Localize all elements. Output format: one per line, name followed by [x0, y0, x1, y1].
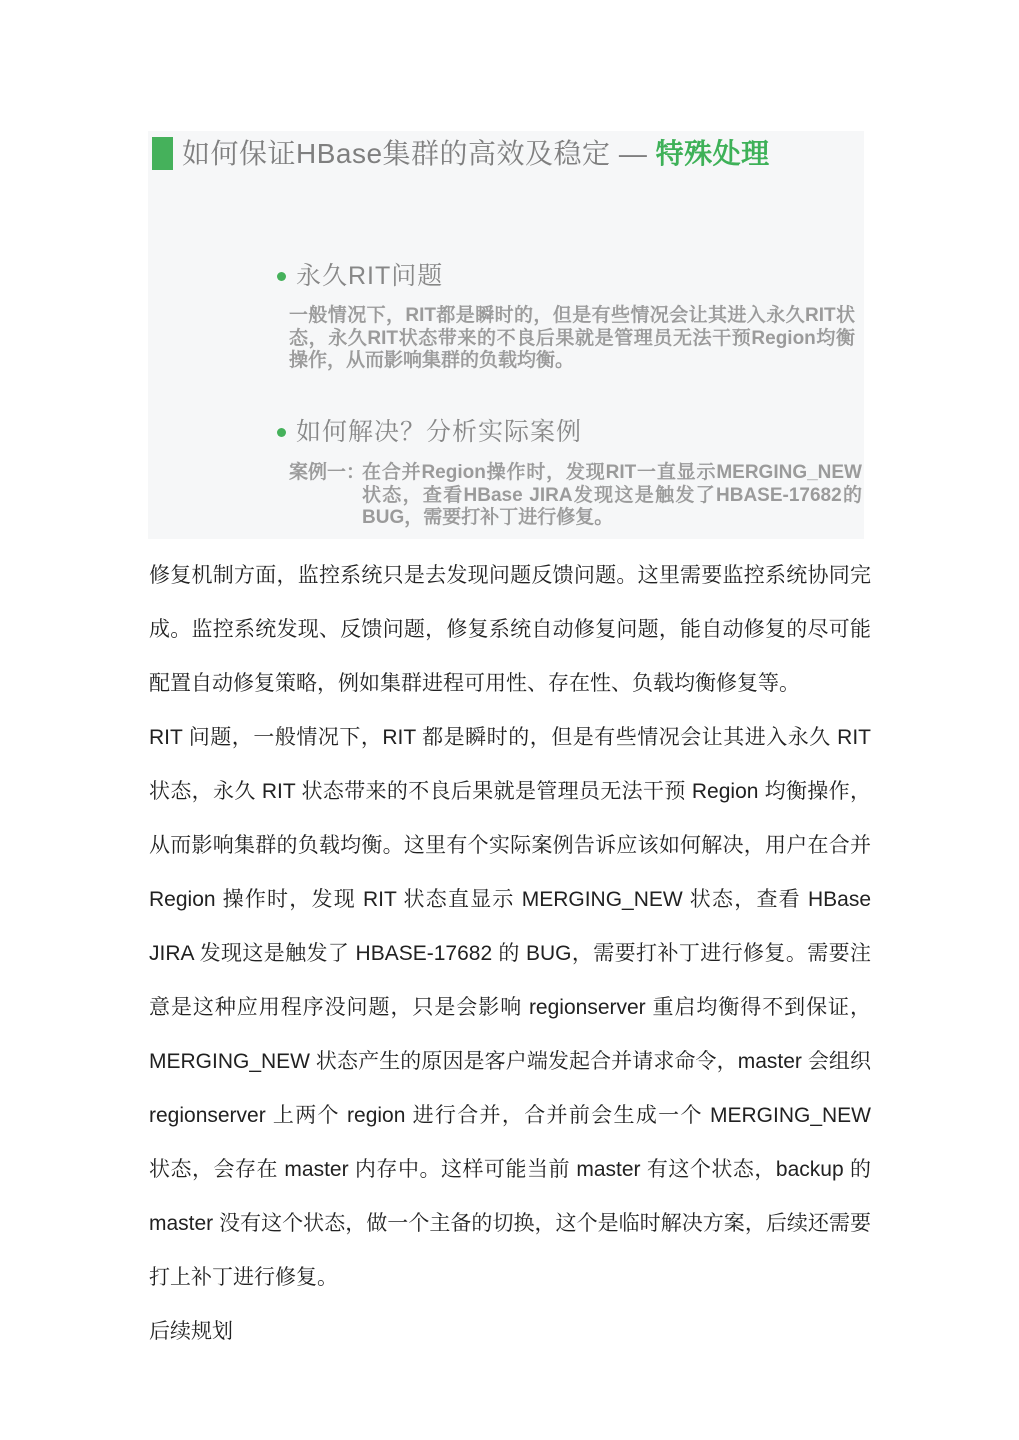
title-marker-square-icon — [152, 137, 173, 170]
case-row: 案例一： 在合并Region操作时，发现RIT一直显示MERGING_NEW状态… — [289, 462, 869, 530]
bullet-description-permanent-rit: 一般情况下，RIT都是瞬时的，但是有些情况会让其进入永久RIT状态，永久RIT状… — [289, 305, 855, 373]
paragraph-future-plan: 后续规划 — [149, 1305, 871, 1359]
case-description: 在合并Region操作时，发现RIT一直显示MERGING_NEW状态，查看HB… — [362, 462, 862, 530]
bullet-dot-icon — [277, 272, 286, 281]
bullet-heading-permanent-rit: 永久RIT问题 — [296, 261, 443, 291]
bullet-heading-how-to-solve: 如何解决？分析实际案例 — [296, 417, 582, 447]
slide-title-highlight: 特殊处理 — [656, 138, 770, 169]
paragraph-rit-issue: RIT 问题，一般情况下，RIT 都是瞬时的，但是有些情况会让其进入永久 RIT… — [149, 711, 871, 1305]
bullet-dot-icon — [277, 428, 286, 437]
slide-title: 如何保证HBase集群的高效及稳定 — 特殊处理 — [182, 137, 770, 171]
document-page: 如何保证HBase集群的高效及稳定 — 特殊处理 永久RIT问题 一般情况下，R… — [0, 0, 1019, 1440]
article-body: 修复机制方面，监控系统只是去发现问题反馈问题。这里需要监控系统协同完成。监控系统… — [149, 549, 871, 1359]
slide-title-text: 如何保证HBase集群的高效及稳定 — — [182, 138, 656, 169]
slide-banner: 如何保证HBase集群的高效及稳定 — 特殊处理 永久RIT问题 一般情况下，R… — [148, 131, 864, 539]
slide-title-row: 如何保证HBase集群的高效及稳定 — 特殊处理 — [152, 137, 770, 171]
case-label: 案例一： — [289, 462, 365, 485]
paragraph-repair-mechanism: 修复机制方面，监控系统只是去发现问题反馈问题。这里需要监控系统协同完成。监控系统… — [149, 549, 871, 711]
